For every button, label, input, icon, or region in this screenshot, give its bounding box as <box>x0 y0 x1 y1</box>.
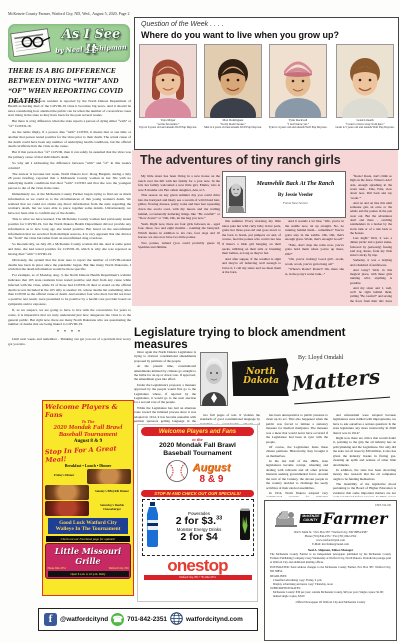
ranch-column-1: My little sister has been living in a ne… <box>138 174 220 302</box>
paragraph: And my sister and I, well, we'll be righ… <box>350 286 392 302</box>
coupon-price-1: 2 for $3.33 <box>162 516 237 527</box>
price-sup: 33 <box>216 516 222 522</box>
paragraph: If, as we suspect, we are going to have … <box>8 308 131 327</box>
grille-tournament-ad: Welcome Players & Fans To The 2020 Monda… <box>42 400 134 596</box>
ad-event-line2: Baseball Tournament <box>59 431 118 438</box>
paragraph: The instability of the legislative mood … <box>333 482 396 497</box>
food-collage: Friday's Dinner Sunday's BBQ Rib Dinner … <box>45 469 131 517</box>
brand-county-label: McKENZIE COUNTY <box>299 514 321 523</box>
good-luck-box: Good Luck Watford City Walleye In The To… <box>48 518 128 534</box>
ad-specials-banner: STOP IN AND CHECK OUT OUR SPECIALS! <box>141 490 254 497</box>
paragraph: Yeah. Right now, there are four girls be… <box>138 222 220 240</box>
child-photo <box>269 44 327 118</box>
paragraph: In the last half of the 1800s, state leg… <box>266 459 328 490</box>
ad-welcome-banner: Welcome Players and Fans <box>141 427 254 436</box>
paragraph: My little sister has been living in a ne… <box>138 174 220 192</box>
state-label: Dakota <box>243 377 279 386</box>
photo-caption: Grant Linseth “I want to move away from … <box>335 119 395 130</box>
paragraph: So why am I addressing the difference be… <box>8 161 131 171</box>
paragraph: this summer. Every morning my little nie… <box>222 219 281 256</box>
contact-website: watfordcitynd.com <box>186 616 243 623</box>
ad-days: 8 & 9 <box>193 474 231 485</box>
paragraph: When a North Dakota resident is reported… <box>8 99 131 118</box>
paragraph: And it sounds a lot like, “OK, you're in… <box>285 219 344 242</box>
paragraph: has been unresponsive to public pressure… <box>266 413 328 444</box>
editorial-body: When a North Dakota resident is reported… <box>8 99 131 395</box>
usps-number: USPS 334-100 <box>270 504 391 508</box>
paragraph: Two ponies, named (you could probably gu… <box>138 241 220 250</box>
powerade-bottle-icon <box>145 502 160 553</box>
child-photo <box>204 44 262 118</box>
paragraph: And today? Well, in this magical place, … <box>350 268 392 285</box>
paragraph: So theoretically, on July 28, a McKenzie… <box>8 242 131 256</box>
postmaster-paragraph: POSTMASTER: Send address changes to the … <box>270 566 391 574</box>
contact-phone: 701-842-2351 <box>127 616 167 623</box>
onestop-tournament-ad: Welcome Players and Fans to the 2020 Mon… <box>137 424 258 602</box>
legislature-column-4: and referendum were adopted because legi… <box>333 413 396 497</box>
business-hours: Open 6 a.m. to 10 p.m. Daily <box>48 571 129 577</box>
paragraph: For example, as of Monday, Aug. 3, the N… <box>8 273 131 307</box>
ad-event-line1: 2020 Mondak Fall Brawl <box>159 442 236 450</box>
paragraph: But there is a big difference when the s… <box>8 119 131 129</box>
onestop-logo: onestop <box>167 557 228 574</box>
columnist-credit: Forum News Service <box>248 201 343 205</box>
columnist-byline: By Jessie Veeder <box>248 193 343 198</box>
legislature-column-1: Once again the North Dakota Legislature … <box>134 350 196 424</box>
paragraph: The answer is because last week, North D… <box>8 172 131 191</box>
food-label: Saturday's Double Cheeseburger <box>93 504 131 511</box>
paragraph: Under the Legislature's proposal, a meas… <box>134 383 196 405</box>
printing-press-icon <box>274 509 298 530</box>
paragraph: “Rosie! Rosie, don't climb so high on th… <box>350 174 392 200</box>
paragraph: In addition, the state has been shovelin… <box>333 468 396 481</box>
masthead-email: E-Mail: mccfarmer@restel.com <box>270 543 391 547</box>
ad-month: August <box>193 462 231 474</box>
ad-welcome: Welcome Players & Fans <box>45 403 131 419</box>
facebook-note-bar: Check out our Facebook page for updates! <box>46 536 130 542</box>
rates-line: McKenzie County: $39 per year; outside M… <box>270 591 391 599</box>
photo-caption: Tyler Rockvoll “I don't know yet.” Tyler… <box>268 119 328 130</box>
paragraph: And on and on like this until someone ge… <box>350 201 392 236</box>
newspaper-page: McKenzie County Farmer, Watford City, ND… <box>0 0 400 643</box>
brand-line: COUNTY <box>301 519 319 523</box>
paragraph: While the Legislature has had an alterna… <box>134 406 196 424</box>
onestop-address-bar: Watford City, ND • 701-842-2351 <box>144 575 252 580</box>
contact-strip: f @watfordcitynd ☎ 701-842-2351 watfordc… <box>38 608 258 631</box>
question-of-week-box: Question of the Week . . . . Where do yo… <box>134 17 399 150</box>
paragraph: Obviously, the system that the state use… <box>8 258 131 272</box>
newspaper-masthead-box: USPS 334-100 McKENZIE COUNTY Farmer 104 … <box>264 500 397 641</box>
photo-caption: Max Dominguez “In my mom's house.” Max i… <box>203 119 263 130</box>
paragraph: At the present time, constitutional amen… <box>134 364 196 382</box>
business-name: Little Missouri Grille <box>48 546 129 566</box>
editorial-closing: Until next week, and remember - Thinking… <box>8 337 131 347</box>
paragraph: But if that person dies “of” COVID, then… <box>8 150 131 160</box>
globe-icon <box>170 612 183 627</box>
paragraph: And after supper, if the weather is righ… <box>222 257 281 275</box>
matters-script-title: Matters <box>291 364 381 396</box>
food-label: Sunday's BBQ Rib Dinner <box>93 490 131 494</box>
ad-meal-slogan: Stop In For A Great Meal! <box>45 443 132 463</box>
phone-icon: ☎ <box>111 613 124 626</box>
paragraph: Last night? Well, it was a dinner picnic… <box>350 236 392 258</box>
ranch-column-2: this summer. Every morning my little nie… <box>222 219 344 302</box>
respondent-detail: Max is 4 years old and attends Wolf Pup … <box>203 126 263 130</box>
north-dakota-matters-masthead: North Dakota By: Lloyd Omdahl Matters <box>200 348 396 410</box>
columnist-box: Meanwhile Back At The Ranch By Jessie Ve… <box>222 171 346 218</box>
ranch-headline: The adventures of tiny ranch girls <box>140 153 341 167</box>
paragraph: Someday, it was a ladybug and a hundred … <box>350 258 392 267</box>
paragraph: “Oh, you're trotting! Good girl!...woah,… <box>285 257 344 266</box>
ad-event-line2: Baseball Tournament <box>163 450 232 458</box>
paragraph: This season on any given summer day you … <box>138 193 220 221</box>
folio-line: McKenzie County Farmer, Watford City, ND… <box>8 11 129 16</box>
burger-photo <box>45 485 89 500</box>
respondent-detail: Tyler is 4 years old and attends Wolf Pu… <box>268 126 328 130</box>
baseball-icon <box>165 459 189 488</box>
grille-name-box: Little Missouri Grille Phone 842-2351 Wa… <box>45 543 131 579</box>
price-main: 2 for $3. <box>176 515 216 527</box>
as-i-see-it-logo: As I See It by Neal A. Shipman <box>8 24 130 62</box>
section-divider: * * * * <box>8 329 131 335</box>
respondent-detail: Taya is 6 years old and attends Wolf Pup… <box>138 126 198 130</box>
question-kicker: Question of the Week . . . . <box>141 21 224 28</box>
paragraph: This is what we have learned. The McKenz… <box>8 217 131 241</box>
business-city: Watford City, ND <box>109 567 129 570</box>
paragraph: “Edie, don't drop the reins now, you've … <box>285 243 344 257</box>
ad-dates: August 8 & 9 <box>74 439 102 444</box>
child-photo <box>139 44 197 118</box>
paragraph: Of course, the Legislature hates these c… <box>266 445 328 458</box>
paragraph: Right now there are critics that would d… <box>333 436 396 467</box>
columnist-title: Meanwhile Back At The Ranch <box>248 181 343 187</box>
editor-line: Neal A. Shipman, Editor-Manager <box>270 548 391 552</box>
paragraph: Once again the North Dakota Legislature … <box>134 350 196 363</box>
paragraph: and referendum were adopted because legi… <box>333 413 396 435</box>
official-line: Official Newspaper Of Watford City And M… <box>270 601 391 605</box>
photo-caption: Taya Mayer “At the fun nature.” Taya is … <box>138 119 198 130</box>
paragraph: Immediately we, at the McKenzie County F… <box>8 192 131 216</box>
north-dakota-state-icon: North Dakota <box>232 358 290 396</box>
monster-can-icon <box>239 508 251 547</box>
food-label: Friday's Dinner <box>45 474 83 478</box>
burger-photo <box>87 469 131 484</box>
legislature-column-3: has been unresponsive to public pressure… <box>266 413 328 497</box>
business-phone: Phone 842-2351 <box>48 567 66 570</box>
ribs-photo <box>45 501 89 516</box>
paragraph: “Where's Rosie? Rosie?! Oh, there she is… <box>285 267 344 276</box>
ad-meals-row: Breakfast • Lunch • Dinner <box>65 463 112 468</box>
question-text: Where do you want to live when you grow … <box>141 30 339 40</box>
about-paragraph: The McKenzie County Farmer is an indepen… <box>270 553 391 564</box>
respondent-detail: Grant is 5 years old and attends Wolf Pu… <box>335 126 395 130</box>
facebook-handle: @watfordcitynd <box>60 616 108 623</box>
child-photo <box>336 44 394 118</box>
specials-coupon: Powerades 2 for $3.33 Monster Energy Dri… <box>142 499 254 556</box>
brand-name: Farmer <box>323 511 388 527</box>
ad-event-line1: 2020 Mondak Fall Brawl <box>54 424 123 431</box>
paragraph: As the terms imply, if a person dies “wi… <box>8 130 131 149</box>
facebook-icon: f <box>44 613 57 626</box>
paragraph: In 1914, North Dakota adopted very compl… <box>266 491 328 497</box>
ranch-column-3: “Rosie! Rosie, don't climb so high on th… <box>350 174 392 302</box>
editorial-paragraphs: When a North Dakota resident is reported… <box>8 99 131 327</box>
matters-byline: By: Lloyd Omdahl <box>298 355 343 361</box>
ranch-article-box: The adventures of tiny ranch girls My li… <box>132 150 398 306</box>
coupon-price-2: 2 for $4 <box>162 532 237 543</box>
